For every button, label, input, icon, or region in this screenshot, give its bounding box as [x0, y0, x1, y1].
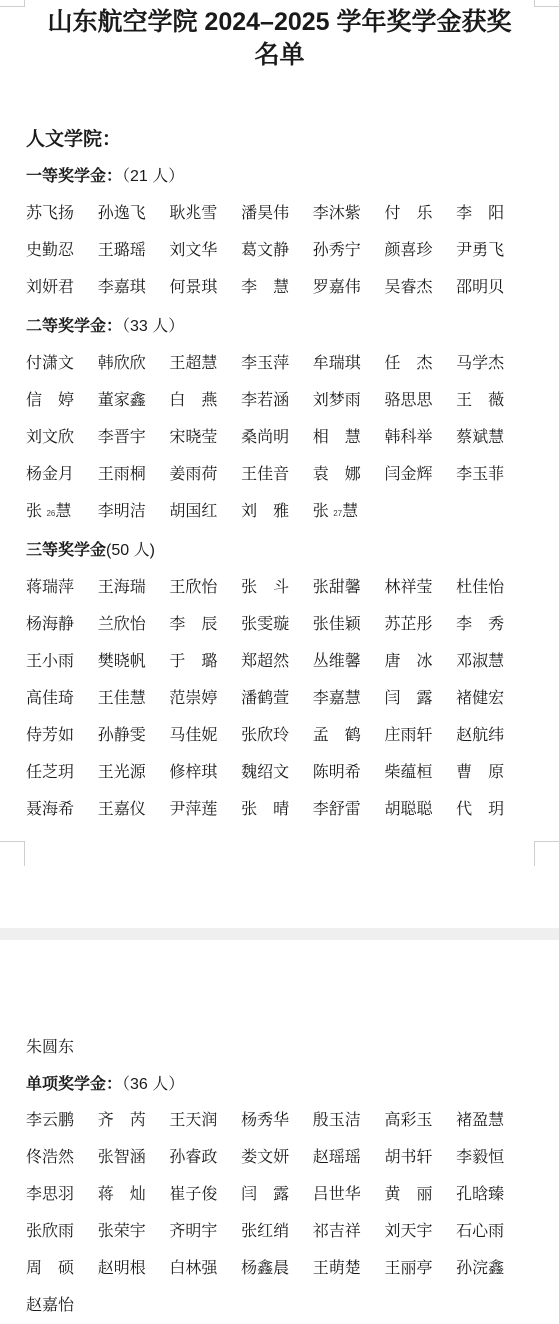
awardee-name: 王天润 — [169, 1107, 241, 1130]
awardee-name: 杨秀华 — [241, 1107, 313, 1130]
awardee-name: 齐 芮 — [98, 1107, 170, 1130]
awardee-name: 赵明根 — [98, 1255, 170, 1278]
awardee-name: 刘天宇 — [384, 1218, 456, 1241]
name-row: 史勤忍王璐瑶刘文华葛文静孙秀宁颜喜珍尹勇飞 — [26, 230, 546, 267]
awardee-name: 褚健宏 — [456, 685, 528, 708]
awardee-name: 吴睿杰 — [384, 274, 456, 297]
awardee-name: 任芝玥 — [26, 759, 98, 782]
awardee-name: 崔子俊 — [169, 1181, 241, 1204]
awardee-name: 李晋宇 — [98, 424, 170, 447]
awardee-name: 孙浣鑫 — [456, 1255, 528, 1278]
name-row: 李思羽蒋 灿崔子俊闫 露吕世华黄 丽孔晗臻 — [26, 1174, 546, 1211]
awardee-name: 李玉菲 — [456, 461, 528, 484]
awardee-name: 王嘉仪 — [98, 796, 170, 819]
awardee-name: 潘昊伟 — [241, 200, 313, 223]
awardee-name: 马佳妮 — [169, 722, 241, 745]
awardee-name: 齐明宇 — [169, 1218, 241, 1241]
awardee-name: 周 硕 — [26, 1255, 98, 1278]
name-row: 高佳琦王佳慧范崇婷潘鹤萱李嘉慧闫 露褚健宏 — [26, 678, 546, 715]
awardee-name: 李玉萍 — [241, 350, 313, 373]
section-heading-second-prize: 二等奖学金：（33 人） — [26, 313, 184, 336]
name-row: 信 婷董家鑫白 燕李若涵刘梦雨骆思思王 薇 — [26, 380, 546, 417]
awardee-name: 董家鑫 — [98, 387, 170, 410]
awardee-name: 李 秀 — [456, 611, 528, 634]
awardee-name: 白 燕 — [169, 387, 241, 410]
awardee-name: 潘鹤萱 — [241, 685, 313, 708]
title-line-1: 山东航空学院 2024–2025 学年奖学金获奖 — [0, 6, 559, 39]
awardee-name: 李思羽 — [26, 1181, 98, 1204]
awardee-name: 耿兆雪 — [169, 200, 241, 223]
awardee-name: 祁吉祥 — [313, 1218, 385, 1241]
awardee-name: 孔晗臻 — [456, 1181, 528, 1204]
section-heading-single-award: 单项奖学金：（36 人） — [26, 1071, 184, 1094]
awardee-name: 胡国红 — [169, 498, 241, 521]
awardee-name: 张荣宇 — [98, 1218, 170, 1241]
section-count: (50 人) — [106, 542, 155, 559]
awardee-name: 樊晓帆 — [98, 648, 170, 671]
name-list-single-award: 李云鹏齐 芮王天润杨秀华殷玉洁高彩玉褚盈慧佟浩然张智涵孙睿政娄文妍赵瑶瑶胡书轩李… — [26, 1100, 546, 1322]
awardee-name: 王佳慧 — [98, 685, 170, 708]
awardee-name: 张 27慧 — [313, 498, 385, 521]
awardee-name: 林祥莹 — [384, 574, 456, 597]
awardee-name: 庄雨轩 — [384, 722, 456, 745]
section-count: （36 人） — [122, 1076, 184, 1093]
awardee-name: 王璐瑶 — [98, 237, 170, 260]
name-row: 刘妍君李嘉琪何景琪李 慧罗嘉伟吴睿杰邵明贝 — [26, 267, 546, 304]
awardee-name: 信 婷 — [26, 387, 98, 410]
awardee-name: 李嘉慧 — [313, 685, 385, 708]
name-row: 张 26慧李明洁胡国红刘 雅张 27慧 — [26, 491, 546, 528]
awardee-name: 吕世华 — [313, 1181, 385, 1204]
awardee-name: 柴蕴桓 — [384, 759, 456, 782]
section-label: 二等奖学金： — [26, 318, 122, 335]
awardee-name: 胡书轩 — [384, 1144, 456, 1167]
college-heading: 人文学院： — [26, 124, 121, 151]
section-count: （33 人） — [122, 318, 184, 335]
awardee-name: 马学杰 — [456, 350, 528, 373]
awardee-name: 闫 露 — [384, 685, 456, 708]
name-list-first-prize: 苏飞扬孙逸飞耿兆雪潘昊伟李沐紫付 乐李 阳史勤忍王璐瑶刘文华葛文静孙秀宁颜喜珍尹… — [26, 193, 546, 304]
awardee-name: 苏芷彤 — [384, 611, 456, 634]
awardee-name: 桑尚明 — [241, 424, 313, 447]
awardee-name: 杨海静 — [26, 611, 98, 634]
awardee-name: 高彩玉 — [384, 1107, 456, 1130]
awardee-name: 王超慧 — [169, 350, 241, 373]
section-label: 一等奖学金： — [26, 168, 122, 185]
awardee-name: 尹萍莲 — [169, 796, 241, 819]
page-break-gap — [0, 928, 559, 940]
awardee-name: 张 晴 — [241, 796, 313, 819]
awardee-name: 王海瑞 — [98, 574, 170, 597]
awardee-name: 闫 露 — [241, 1181, 313, 1204]
awardee-name: 蒋 灿 — [98, 1181, 170, 1204]
name-row: 杨金月王雨桐姜雨荷王佳音袁 娜闫金辉李玉菲 — [26, 454, 546, 491]
awardee-name: 张智涵 — [98, 1144, 170, 1167]
awardee-name: 孟 鹤 — [313, 722, 385, 745]
awardee-name: 闫金辉 — [384, 461, 456, 484]
awardee-name: 李嘉琪 — [98, 274, 170, 297]
awardee-name: 白林强 — [169, 1255, 241, 1278]
awardee-name: 王雨桐 — [98, 461, 170, 484]
awardee-name: 李明洁 — [98, 498, 170, 521]
awardee-name: 李 辰 — [169, 611, 241, 634]
awardee-name: 尹勇飞 — [456, 237, 528, 260]
awardee-name: 葛文静 — [241, 237, 313, 260]
awardee-name: 刘文华 — [169, 237, 241, 260]
section-heading-third-prize: 三等奖学金(50 人) — [26, 537, 155, 560]
title-line-2: 名单 — [0, 39, 559, 72]
awardee-name: 胡聪聪 — [384, 796, 456, 819]
awardee-name: 张红绡 — [241, 1218, 313, 1241]
awardee-name: 付潇文 — [26, 350, 98, 373]
awardee-name: 罗嘉伟 — [313, 274, 385, 297]
name-row: 佟浩然张智涵孙睿政娄文妍赵瑶瑶胡书轩李毅恒 — [26, 1137, 546, 1174]
awardee-name: 魏绍文 — [241, 759, 313, 782]
awardee-name: 史勤忍 — [26, 237, 98, 260]
awardee-name: 石心雨 — [456, 1218, 528, 1241]
awardee-name: 李 慧 — [241, 274, 313, 297]
awardee-name: 赵瑶瑶 — [313, 1144, 385, 1167]
name-list-third-prize: 蒋瑞萍王海瑞王欣怡张 斗张甜馨林祥莹杜佳怡杨海静兰欣怡李 辰张雯璇张佳颖苏芷彤李… — [26, 567, 546, 826]
awardee-name: 孙秀宁 — [313, 237, 385, 260]
awardee-name: 孙静雯 — [98, 722, 170, 745]
awardee-name: 王丽亭 — [384, 1255, 456, 1278]
awardee-name: 蔡斌慧 — [456, 424, 528, 447]
awardee-name: 褚盈慧 — [456, 1107, 528, 1130]
awardee-name: 孙逸飞 — [98, 200, 170, 223]
awardee-name: 李毅恒 — [456, 1144, 528, 1167]
awardee-name: 任 杰 — [384, 350, 456, 373]
awardee-name: 佟浩然 — [26, 1144, 98, 1167]
awardee-name: 王欣怡 — [169, 574, 241, 597]
awardee-name: 孙睿政 — [169, 1144, 241, 1167]
awardee-name: 聂海希 — [26, 796, 98, 819]
awardee-name: 李舒雷 — [313, 796, 385, 819]
awardee-name: 张雯璇 — [241, 611, 313, 634]
awardee-name: 张欣雨 — [26, 1218, 98, 1241]
awardee-name: 宋晓莹 — [169, 424, 241, 447]
awardee-name: 王小雨 — [26, 648, 98, 671]
name-row: 周 硕赵明根白林强杨鑫晨王萌楚王丽亭孙浣鑫 — [26, 1248, 546, 1285]
awardee-name: 邵明贝 — [456, 274, 528, 297]
awardee-name: 李云鹏 — [26, 1107, 98, 1130]
awardee-name: 杜佳怡 — [456, 574, 528, 597]
awardee-name: 相 慧 — [313, 424, 385, 447]
awardee-name: 曹 原 — [456, 759, 528, 782]
awardee-name: 刘 雅 — [241, 498, 313, 521]
awardee-name: 杨鑫晨 — [241, 1255, 313, 1278]
section-heading-first-prize: 一等奖学金：（21 人） — [26, 163, 184, 186]
awardee-name: 刘梦雨 — [313, 387, 385, 410]
name-row: 赵嘉怡 — [26, 1285, 546, 1322]
awardee-name: 兰欣怡 — [98, 611, 170, 634]
awardee-name: 刘妍君 — [26, 274, 98, 297]
page-corner-mark — [534, 841, 559, 866]
name-row: 蒋瑞萍王海瑞王欣怡张 斗张甜馨林祥莹杜佳怡 — [26, 567, 546, 604]
awardee-name: 殷玉洁 — [313, 1107, 385, 1130]
awardee-name: 韩欣欣 — [98, 350, 170, 373]
name-row: 侍芳如孙静雯马佳妮张欣玲孟 鹤庄雨轩赵航纬 — [26, 715, 546, 752]
awardee-name: 王佳音 — [241, 461, 313, 484]
name-row: 刘文欣李晋宇宋晓莹桑尚明相 慧韩科举蔡斌慧 — [26, 417, 546, 454]
awardee-name: 苏飞扬 — [26, 200, 98, 223]
awardee-name: 蒋瑞萍 — [26, 574, 98, 597]
awardee-name: 赵航纬 — [456, 722, 528, 745]
awardee-name: 韩科举 — [384, 424, 456, 447]
awardee-name: 张欣玲 — [241, 722, 313, 745]
awardee-name: 代 玥 — [456, 796, 528, 819]
awardee-name: 何景琪 — [169, 274, 241, 297]
awardee-name: 刘文欣 — [26, 424, 98, 447]
awardee-name: 高佳琦 — [26, 685, 98, 708]
awardee-name: 娄文妍 — [241, 1144, 313, 1167]
awardee-name: 张 26慧 — [26, 498, 98, 521]
section-count: （21 人） — [122, 168, 184, 185]
awardee-name: 邓淑慧 — [456, 648, 528, 671]
name-row: 任芝玥王光源修梓琪魏绍文陈明希柴蕴桓曹 原 — [26, 752, 546, 789]
awardee-name: 骆思思 — [384, 387, 456, 410]
awardee-name: 杨金月 — [26, 461, 98, 484]
awardee-name: 唐 冰 — [384, 648, 456, 671]
section-label: 单项奖学金： — [26, 1076, 122, 1093]
awardee-name: 赵嘉怡 — [26, 1292, 98, 1315]
document-title: 山东航空学院 2024–2025 学年奖学金获奖 名单 — [0, 6, 559, 72]
name-row: 苏飞扬孙逸飞耿兆雪潘昊伟李沐紫付 乐李 阳 — [26, 193, 546, 230]
awardee-name: 李沐紫 — [313, 200, 385, 223]
awardee-name: 李若涵 — [241, 387, 313, 410]
awardee-name: 王光源 — [98, 759, 170, 782]
awardee-name: 袁 娜 — [313, 461, 385, 484]
awardee-name: 于 璐 — [169, 648, 241, 671]
awardee-name: 张 斗 — [241, 574, 313, 597]
page-corner-mark — [0, 841, 25, 866]
awardee-name: 范崇婷 — [169, 685, 241, 708]
name-row: 王小雨樊晓帆于 璐郑超然丛维馨唐 冰邓淑慧 — [26, 641, 546, 678]
name-row: 李云鹏齐 芮王天润杨秀华殷玉洁高彩玉褚盈慧 — [26, 1100, 546, 1137]
awardee-name: 侍芳如 — [26, 722, 98, 745]
awardee-name: 王 薇 — [456, 387, 528, 410]
awardee-name: 张甜馨 — [313, 574, 385, 597]
awardee-name: 姜雨荷 — [169, 461, 241, 484]
awardee-name: 郑超然 — [241, 648, 313, 671]
awardee-name: 付 乐 — [384, 200, 456, 223]
name-row: 付潇文韩欣欣王超慧李玉萍牟瑞琪任 杰马学杰 — [26, 343, 546, 380]
awardee-name: 丛维馨 — [313, 648, 385, 671]
awardee-name: 张佳颖 — [313, 611, 385, 634]
name-list-second-prize: 付潇文韩欣欣王超慧李玉萍牟瑞琪任 杰马学杰信 婷董家鑫白 燕李若涵刘梦雨骆思思王… — [26, 343, 546, 528]
awardee-name: 王萌楚 — [313, 1255, 385, 1278]
awardee-name: 颜喜珍 — [384, 237, 456, 260]
awardee-name: 黄 丽 — [384, 1181, 456, 1204]
name-row: 张欣雨张荣宇齐明宇张红绡祁吉祥刘天宇石心雨 — [26, 1211, 546, 1248]
carryover-name: 朱圆东 — [26, 1034, 74, 1057]
awardee-name: 修梓琪 — [169, 759, 241, 782]
name-row: 杨海静兰欣怡李 辰张雯璇张佳颖苏芷彤李 秀 — [26, 604, 546, 641]
awardee-name: 陈明希 — [313, 759, 385, 782]
name-row: 聂海希王嘉仪尹萍莲张 晴李舒雷胡聪聪代 玥 — [26, 789, 546, 826]
awardee-name: 李 阳 — [456, 200, 528, 223]
section-label: 三等奖学金 — [26, 542, 106, 559]
awardee-name: 牟瑞琪 — [313, 350, 385, 373]
